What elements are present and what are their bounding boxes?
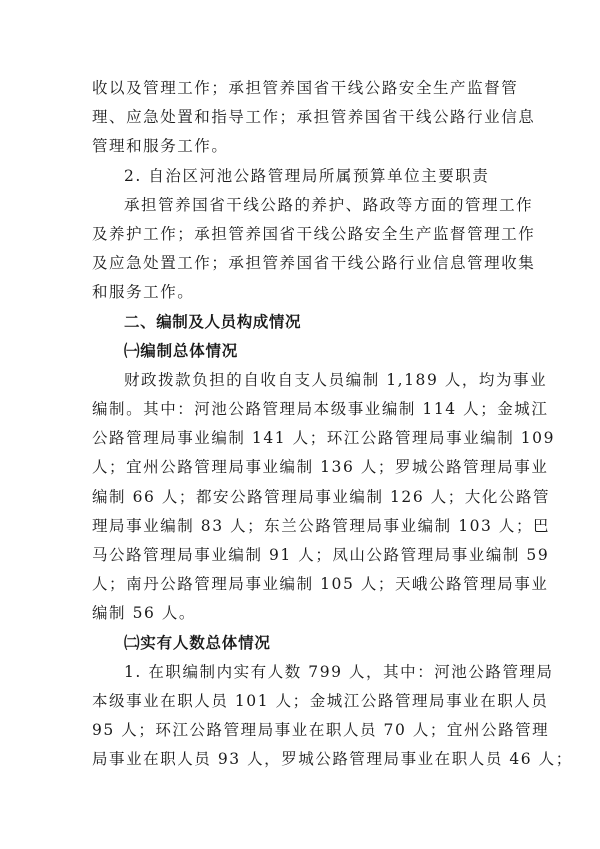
text-line: 收以及管理工作；承担管养国省干线公路安全生产监督管: [92, 74, 508, 103]
text-line: 及应急处置工作；承担管养国省干线公路行业信息管理收集: [92, 249, 508, 278]
text-line: 理、应急处置和指导工作；承担管养国省干线公路行业信息: [92, 103, 508, 132]
text-line: 本级事业在职人员 101 人；金城江公路管理局事业在职人员: [92, 687, 508, 716]
text-line: 承担管养国省干线公路的养护、路政等方面的管理工作: [92, 191, 508, 220]
text-line: 公路管理局事业编制 141 人；环江公路管理局事业编制 109: [92, 424, 508, 453]
text-line: 编制 66 人；都安公路管理局事业编制 126 人；大化公路管: [92, 483, 508, 512]
text-line: 理局事业编制 83 人；东兰公路管理局事业编制 103 人；巴: [92, 512, 508, 541]
document-page: 收以及管理工作；承担管养国省干线公路安全生产监督管 理、应急处置和指导工作；承担…: [92, 74, 508, 775]
text-line: 管理和服务工作。: [92, 132, 508, 161]
text-line: 马公路管理局事业编制 91 人；凤山公路管理局事业编制 59: [92, 541, 508, 570]
section-heading: 二、编制及人员构成情况: [92, 308, 508, 337]
list-item-title: 2. 自治区河池公路管理局所属预算单位主要职责: [92, 162, 508, 191]
text-line: 编制 56 人。: [92, 599, 508, 628]
text-line: 编制。其中：河池公路管理局本级事业编制 114 人；金城江: [92, 395, 508, 424]
text-line: 95 人；环江公路管理局事业在职人员 70 人；宜州公路管理: [92, 716, 508, 745]
text-line: 1. 在职编制内实有人数 799 人，其中：河池公路管理局: [92, 658, 508, 687]
subsection-heading: ㈡实有人数总体情况: [92, 629, 508, 658]
text-line: 财政拨款负担的自收自支人员编制 1,189 人，均为事业: [92, 366, 508, 395]
text-line: 及养护工作；承担管养国省干线公路安全生产监督管理工作: [92, 220, 508, 249]
text-line: 和服务工作。: [92, 278, 508, 307]
subsection-heading: ㈠编制总体情况: [92, 337, 508, 366]
text-line: 人；南丹公路管理局事业编制 105 人；天峨公路管理局事业: [92, 570, 508, 599]
text-line: 局事业在职人员 93 人，罗城公路管理局事业在职人员 46 人；: [92, 745, 508, 774]
text-line: 人；宜州公路管理局事业编制 136 人；罗城公路管理局事业: [92, 453, 508, 482]
